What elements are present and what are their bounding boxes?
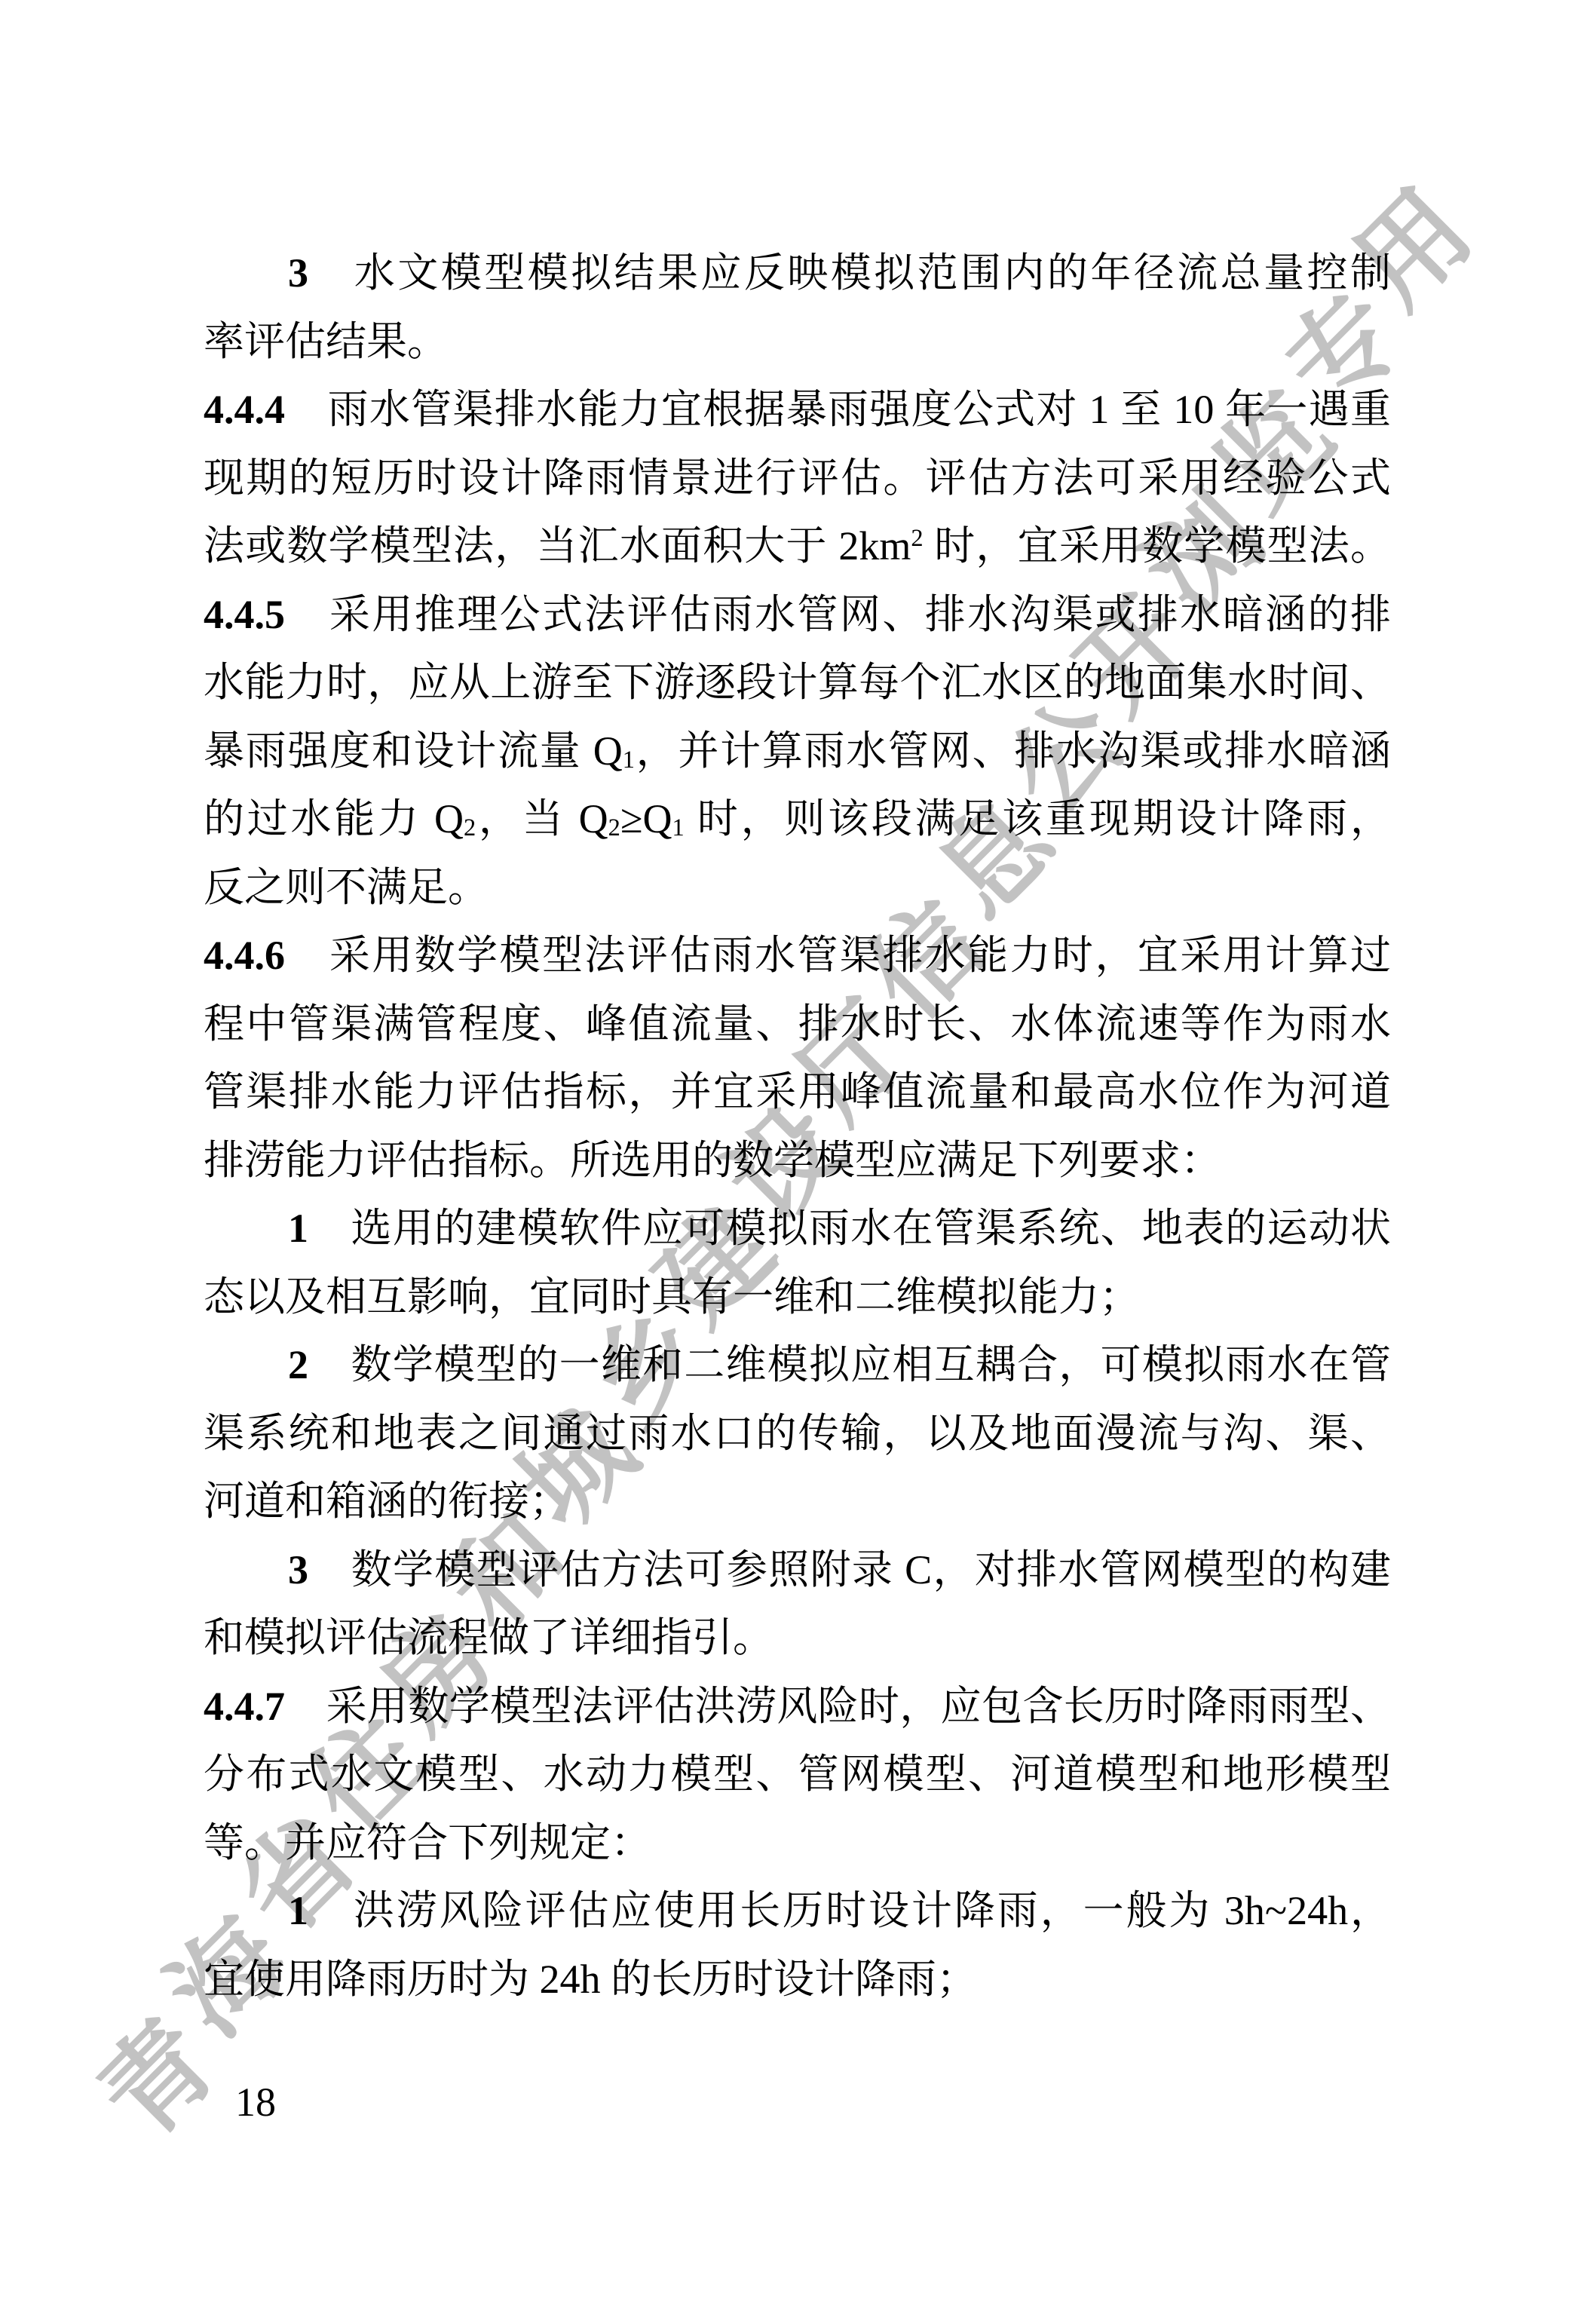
text-segment: 1 xyxy=(623,746,635,773)
text-line: 分布式水文模型、水动力模型、管网模型、河道模型和地形模型 xyxy=(204,1740,1391,1809)
text-segment: 态以及相互影响，宜同时具有一维和二维模拟能力； xyxy=(204,1274,1140,1319)
text-line: 3 水文模型模拟结果应反映模拟范围内的年径流总量控制 xyxy=(204,239,1391,308)
text-segment: 水能力时，应从上游至下游逐段计算每个汇水区的地面集水时间、 xyxy=(204,660,1391,705)
text-segment: 反之则不满足。 xyxy=(204,865,489,910)
clause-number: 2 xyxy=(288,1342,308,1387)
clause-number: 1 xyxy=(288,1206,308,1251)
text-segment: ≥Q xyxy=(620,796,672,841)
text-segment: 率评估结果。 xyxy=(204,319,448,364)
clause-number: 4.4.5 xyxy=(204,592,285,637)
text-segment: 采用数学模型法评估雨水管渠排水能力时，宜采用计算过 xyxy=(285,933,1391,978)
text-segment: 时，则该段满足该重现期设计降雨， xyxy=(685,796,1391,841)
text-segment: ，当 Q xyxy=(476,796,608,841)
text-segment: 2 xyxy=(608,814,620,841)
text-segment: 时，宜采用数学模型法。 xyxy=(924,523,1391,569)
text-line: 暴雨强度和设计流量 Q1，并计算雨水管网、排水沟渠或排水暗涵 xyxy=(204,717,1391,786)
watermark-char: 青 xyxy=(83,2004,234,2156)
text-line: 河道和箱涵的衔接； xyxy=(204,1467,1391,1536)
document-page: 青海省住房和城乡建设厅信息公开浏览专用 3 水文模型模拟结果应反映模拟范围内的年… xyxy=(0,0,1596,2314)
text-segment: 洪涝风险评估应使用长历时设计降雨，一般为 3h~24h， xyxy=(308,1888,1391,1933)
text-segment: ，并计算雨水管网、排水沟渠或排水暗涵 xyxy=(635,728,1391,774)
text-line: 4.4.5 采用推理公式法评估雨水管网、排水沟渠或排水暗涵的排 xyxy=(204,581,1391,649)
text-segment: 法或数学模型法，当汇水面积大于 2km xyxy=(204,523,911,569)
text-segment: 采用数学模型法评估洪涝风险时，应包含长历时降雨雨型、 xyxy=(285,1684,1391,1729)
text-segment: 渠系统和地表之间通过雨水口的传输，以及地面漫流与沟、渠、 xyxy=(204,1411,1391,1456)
text-line: 的过水能力 Q2，当 Q2≥Q1 时，则该段满足该重现期设计降雨， xyxy=(204,785,1391,854)
text-segment: 和模拟评估流程做了详细指引。 xyxy=(204,1615,773,1660)
body-text: 3 水文模型模拟结果应反映模拟范围内的年径流总量控制率评估结果。4.4.4 雨水… xyxy=(204,239,1391,2013)
text-line: 宜使用降雨历时为 24h 的长历时设计降雨； xyxy=(204,1945,1391,2014)
text-segment: 管渠排水能力评估指标，并宜采用峰值流量和最高水位作为河道 xyxy=(204,1069,1391,1114)
text-line: 程中管渠满管程度、峰值流量、排水时长、水体流速等作为雨水 xyxy=(204,990,1391,1059)
text-segment: 暴雨强度和设计流量 Q xyxy=(204,728,623,774)
text-line: 4.4.7 采用数学模型法评估洪涝风险时，应包含长历时降雨雨型、 xyxy=(204,1672,1391,1741)
text-segment: 选用的建模软件应可模拟雨水在管渠系统、地表的运动状 xyxy=(308,1206,1391,1251)
text-segment: 2 xyxy=(911,525,923,552)
text-line: 等。并应符合下列规定： xyxy=(204,1809,1391,1877)
text-line: 率评估结果。 xyxy=(204,308,1391,376)
text-segment: 现期的短历时设计降雨情景进行评估。评估方法可采用经验公式 xyxy=(204,455,1391,501)
text-line: 4.4.6 采用数学模型法评估雨水管渠排水能力时，宜采用计算过 xyxy=(204,921,1391,990)
text-segment: 河道和箱涵的衔接； xyxy=(204,1479,570,1524)
text-line: 2 数学模型的一维和二维模拟应相互耦合，可模拟雨水在管 xyxy=(204,1331,1391,1399)
text-segment: 排涝能力评估指标。所选用的数学模型应满足下列要求： xyxy=(204,1138,1221,1183)
text-line: 4.4.4 雨水管渠排水能力宜根据暴雨强度公式对 1 至 10 年一遇重 xyxy=(204,375,1391,444)
text-line: 排涝能力评估指标。所选用的数学模型应满足下列要求： xyxy=(204,1126,1391,1195)
text-line: 水能力时，应从上游至下游逐段计算每个汇水区的地面集水时间、 xyxy=(204,648,1391,717)
clause-number: 4.4.7 xyxy=(204,1684,285,1729)
clause-number: 3 xyxy=(288,250,308,296)
text-line: 法或数学模型法，当汇水面积大于 2km2 时，宜采用数学模型法。 xyxy=(204,512,1391,581)
text-segment: 2 xyxy=(464,814,476,841)
text-line: 3 数学模型评估方法可参照附录 C，对排水管网模型的构建 xyxy=(204,1536,1391,1604)
text-segment: 等。并应符合下列规定： xyxy=(204,1820,651,1865)
text-segment: 宜使用降雨历时为 24h 的长历时设计降雨； xyxy=(204,1957,977,2002)
text-segment: 雨水管渠排水能力宜根据暴雨强度公式对 1 至 10 年一遇重 xyxy=(285,387,1391,432)
text-line: 1 选用的建模软件应可模拟雨水在管渠系统、地表的运动状 xyxy=(204,1194,1391,1263)
text-segment: 数学模型的一维和二维模拟应相互耦合，可模拟雨水在管 xyxy=(308,1342,1391,1387)
text-line: 渠系统和地表之间通过雨水口的传输，以及地面漫流与沟、渠、 xyxy=(204,1399,1391,1468)
text-segment: 1 xyxy=(672,814,684,841)
text-line: 现期的短历时设计降雨情景进行评估。评估方法可采用经验公式 xyxy=(204,444,1391,513)
text-segment: 采用推理公式法评估雨水管网、排水沟渠或排水暗涵的排 xyxy=(285,592,1391,637)
text-segment: 数学模型评估方法可参照附录 C，对排水管网模型的构建 xyxy=(308,1547,1391,1592)
text-segment: 程中管渠满管程度、峰值流量、排水时长、水体流速等作为雨水 xyxy=(204,1001,1391,1047)
clause-number: 4.4.6 xyxy=(204,933,285,978)
clause-number: 1 xyxy=(288,1888,308,1933)
page-number: 18 xyxy=(235,2078,276,2127)
text-segment: 水文模型模拟结果应反映模拟范围内的年径流总量控制 xyxy=(308,250,1391,296)
text-line: 态以及相互影响，宜同时具有一维和二维模拟能力； xyxy=(204,1263,1391,1332)
text-segment: 的过水能力 Q xyxy=(204,796,464,841)
text-segment: 分布式水文模型、水动力模型、管网模型、河道模型和地形模型 xyxy=(204,1752,1391,1797)
text-line: 管渠排水能力评估指标，并宜采用峰值流量和最高水位作为河道 xyxy=(204,1058,1391,1126)
text-line: 和模拟评估流程做了详细指引。 xyxy=(204,1604,1391,1672)
text-line: 反之则不满足。 xyxy=(204,854,1391,922)
clause-number: 4.4.4 xyxy=(204,387,285,432)
clause-number: 3 xyxy=(288,1547,308,1592)
text-line: 1 洪涝风险评估应使用长历时设计降雨，一般为 3h~24h， xyxy=(204,1877,1391,1945)
